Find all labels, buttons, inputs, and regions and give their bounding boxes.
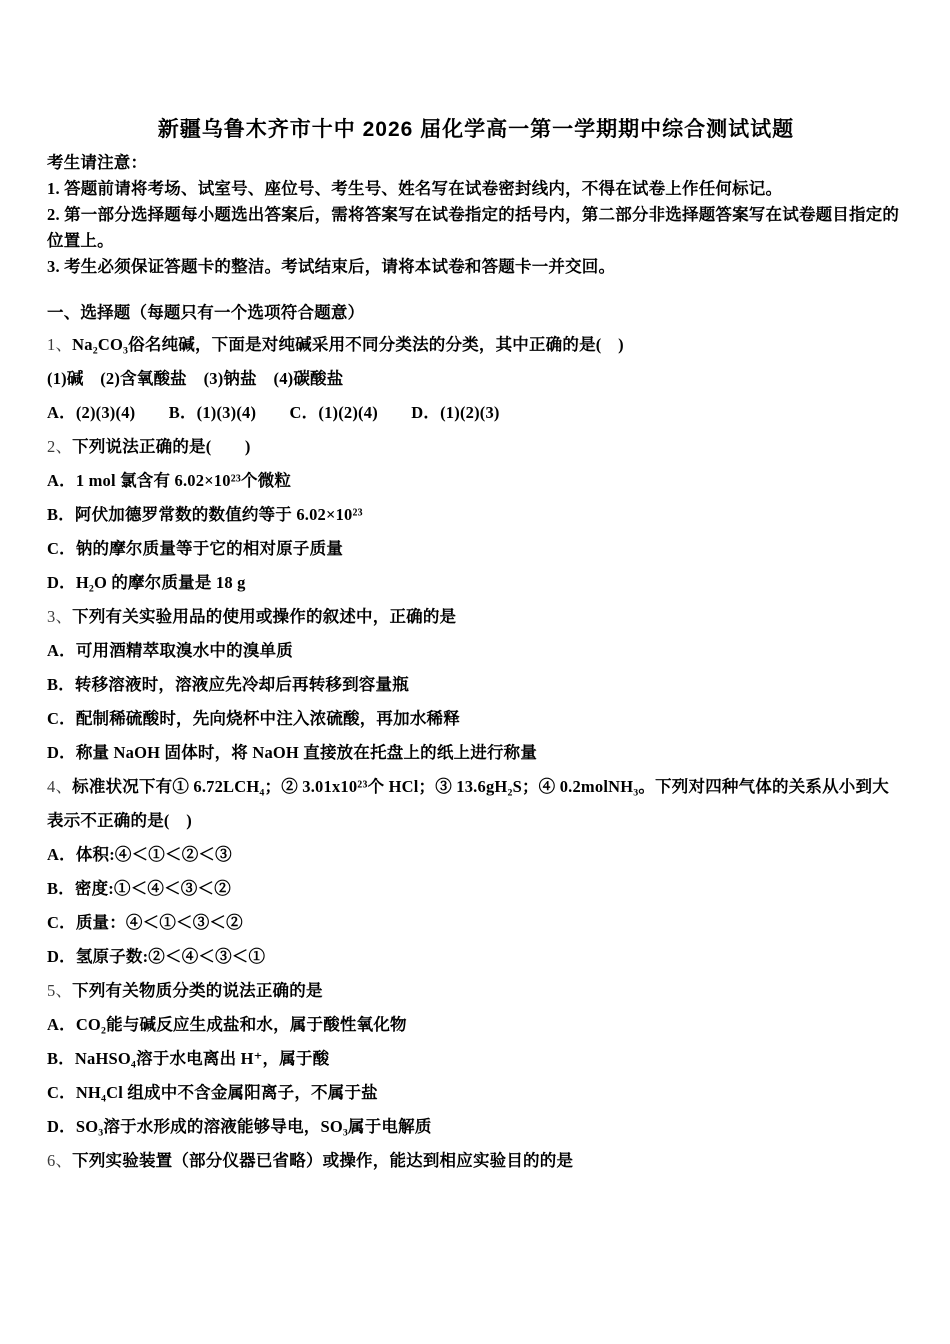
question-1-number: 1、 xyxy=(47,335,72,354)
notice-heading: 考生请注意： xyxy=(47,150,905,176)
question-4-number: 4、 xyxy=(47,777,72,796)
notice-item-3: 3. 考生必须保证答题卡的整洁。考试结束后，请将本试卷和答题卡一并交回。 xyxy=(47,254,905,280)
question-2-option-b: B．阿伏加德罗常数的数值约等于 6.02×10²³ xyxy=(47,498,905,532)
question-1-stem: 1、Na₂CO₃俗名纯碱，下面是对纯碱采用不同分类法的分类，其中正确的是( ) xyxy=(47,328,905,362)
question-2-option-c: C．钠的摩尔质量等于它的相对原子质量 xyxy=(47,532,905,566)
section-heading: 一、选择题（每题只有一个选项符合题意） xyxy=(47,298,905,328)
question-2-number: 2、 xyxy=(47,437,72,456)
question-5-option-b: B．NaHSO₄溶于水电离出 H⁺，属于酸 xyxy=(47,1042,905,1076)
question-3: 3、下列有关实验用品的使用或操作的叙述中，正确的是 A．可用酒精萃取溴水中的溴单… xyxy=(47,600,905,770)
question-5-option-d: D．SO₃溶于水形成的溶液能够导电，SO₃属于电解质 xyxy=(47,1110,905,1144)
question-4-option-c: C．质量：④＜①＜③＜② xyxy=(47,906,905,940)
notice-item-1: 1. 答题前请将考场、试室号、座位号、考生号、姓名写在试卷密封线内，不得在试卷上… xyxy=(47,176,905,202)
question-4-option-a: A．体积:④＜①＜②＜③ xyxy=(47,838,905,872)
question-4: 4、标准状况下有① 6.72LCH₄；② 3.01x10²³个 HCl；③ 13… xyxy=(47,770,905,974)
question-6-stem-text: 下列实验装置（部分仪器已省略）或操作，能达到相应实验目的的是 xyxy=(72,1151,573,1170)
page-title: 新疆乌鲁木齐市十中 2026 届化学高一第一学期期中综合测试试题 xyxy=(47,117,905,143)
question-3-option-c: C．配制稀硫酸时，先向烧杯中注入浓硫酸，再加水稀释 xyxy=(47,702,905,736)
question-4-option-b: B．密度:①＜④＜③＜② xyxy=(47,872,905,906)
question-6: 6、下列实验装置（部分仪器已省略）或操作，能达到相应实验目的的是 xyxy=(47,1144,905,1178)
question-3-number: 3、 xyxy=(47,607,72,626)
question-2-option-d: D．H₂O 的摩尔质量是 18 g xyxy=(47,566,905,600)
question-5: 5、下列有关物质分类的说法正确的是 A．CO₂能与碱反应生成盐和水，属于酸性氧化… xyxy=(47,974,905,1144)
question-3-stem-text: 下列有关实验用品的使用或操作的叙述中，正确的是 xyxy=(72,607,456,626)
question-4-stem-text: 标准状况下有① 6.72LCH₄；② 3.01x10²³个 HCl；③ 13.6… xyxy=(47,777,889,830)
question-5-number: 5、 xyxy=(47,981,72,1000)
question-1-stem-text: Na₂CO₃俗名纯碱，下面是对纯碱采用不同分类法的分类，其中正确的是( ) xyxy=(72,335,624,354)
question-1-classification-list: (1)碱 (2)含氧酸盐 (3)钠盐 (4)碳酸盐 xyxy=(47,362,905,396)
question-5-option-c: C．NH₄Cl 组成中不含金属阳离子，不属于盐 xyxy=(47,1076,905,1110)
question-3-option-b: B．转移溶液时，溶液应先冷却后再转移到容量瓶 xyxy=(47,668,905,702)
question-1-options-row: A．(2)(3)(4) B．(1)(3)(4) C．(1)(2)(4) D．(1… xyxy=(47,396,905,430)
question-3-option-d: D．称量 NaOH 固体时，将 NaOH 直接放在托盘上的纸上进行称量 xyxy=(47,736,905,770)
question-2: 2、下列说法正确的是( ) A．1 mol 氯含有 6.02×10²³个微粒 B… xyxy=(47,430,905,600)
question-3-stem: 3、下列有关实验用品的使用或操作的叙述中，正确的是 xyxy=(47,600,905,634)
question-2-option-a: A．1 mol 氯含有 6.02×10²³个微粒 xyxy=(47,464,905,498)
notice-block: 考生请注意： 1. 答题前请将考场、试室号、座位号、考生号、姓名写在试卷密封线内… xyxy=(47,150,905,280)
question-5-stem-text: 下列有关物质分类的说法正确的是 xyxy=(72,981,323,1000)
question-3-option-a: A．可用酒精萃取溴水中的溴单质 xyxy=(47,634,905,668)
exam-paper-page: 新疆乌鲁木齐市十中 2026 届化学高一第一学期期中综合测试试题 考生请注意： … xyxy=(0,0,950,1344)
question-2-stem: 2、下列说法正确的是( ) xyxy=(47,430,905,464)
question-4-stem: 4、标准状况下有① 6.72LCH₄；② 3.01x10²³个 HCl；③ 13… xyxy=(47,770,905,838)
question-4-option-d: D．氢原子数:②＜④＜③＜① xyxy=(47,940,905,974)
question-6-stem: 6、下列实验装置（部分仪器已省略）或操作，能达到相应实验目的的是 xyxy=(47,1144,905,1178)
question-2-stem-text: 下列说法正确的是( ) xyxy=(72,437,250,456)
question-1: 1、Na₂CO₃俗名纯碱，下面是对纯碱采用不同分类法的分类，其中正确的是( ) … xyxy=(47,328,905,430)
question-6-number: 6、 xyxy=(47,1151,72,1170)
question-5-stem: 5、下列有关物质分类的说法正确的是 xyxy=(47,974,905,1008)
notice-item-2: 2. 第一部分选择题每小题选出答案后，需将答案写在试卷指定的括号内，第二部分非选… xyxy=(47,202,905,254)
question-5-option-a: A．CO₂能与碱反应生成盐和水，属于酸性氧化物 xyxy=(47,1008,905,1042)
page-content: 新疆乌鲁木齐市十中 2026 届化学高一第一学期期中综合测试试题 考生请注意： … xyxy=(0,0,950,1178)
